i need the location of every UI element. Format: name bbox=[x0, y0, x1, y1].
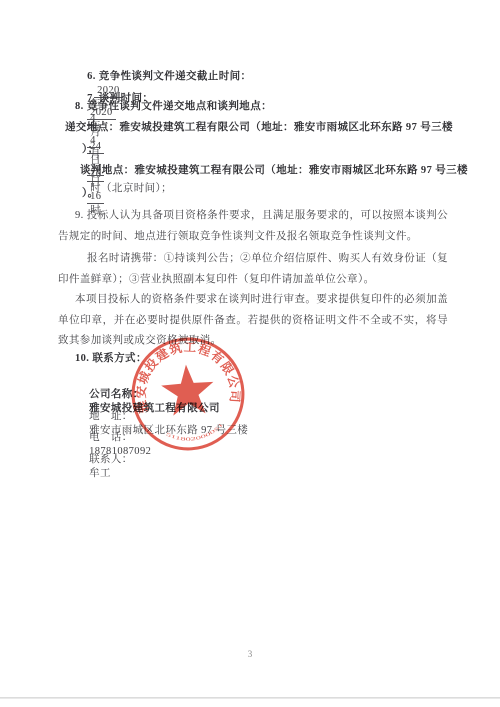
qualification-review-paragraph: 本项目投标人的资格条件要求在谈判时进行审查。要求提供复印件的必须加盖单位印章，并… bbox=[58, 290, 448, 352]
item-9-qualify-paragraph: 9. 投标人认为具备项目资格条件要求，且满足服务要求的，可以按照本谈判公告规定的… bbox=[58, 206, 448, 247]
page-bottom-edge bbox=[0, 697, 500, 699]
page-number: 3 bbox=[0, 649, 500, 659]
item-8-venue-heading: 8. 竞争性谈判文件递交地点和谈判地点： bbox=[75, 100, 272, 114]
contact-person-value: 牟工 bbox=[89, 468, 111, 479]
negotiation-location-line2: ）。 bbox=[82, 187, 99, 201]
contact-person-label: 联系人： bbox=[89, 454, 133, 465]
company-seal-stamp: 雅安城投建筑工程有限公司 511802000051 bbox=[124, 330, 252, 458]
signup-requirements-paragraph: 报名时请携带：①持谈判公告；②单位介绍信原件、购买人有效身份证（复印件盖鲜章）；… bbox=[58, 249, 448, 290]
contact-person-line: 联系人： 牟工 bbox=[77, 439, 133, 495]
negotiation-location-line1: 谈判地点：雅安城投建筑工程有限公司（地址：雅安市雨城区北环东路 97 号三楼 bbox=[80, 164, 468, 178]
submit-location-line1: 递交地点：雅安城投建筑工程有限公司（地址：雅安市雨城区北环东路 97 号三楼 bbox=[65, 121, 453, 135]
star-icon bbox=[160, 363, 216, 417]
document-page: 6. 竞争性谈判文件递交截止时间： 2020 年 4 月 24 日 16 时（北… bbox=[0, 0, 500, 707]
submit-location-line2: ）； bbox=[82, 143, 99, 157]
